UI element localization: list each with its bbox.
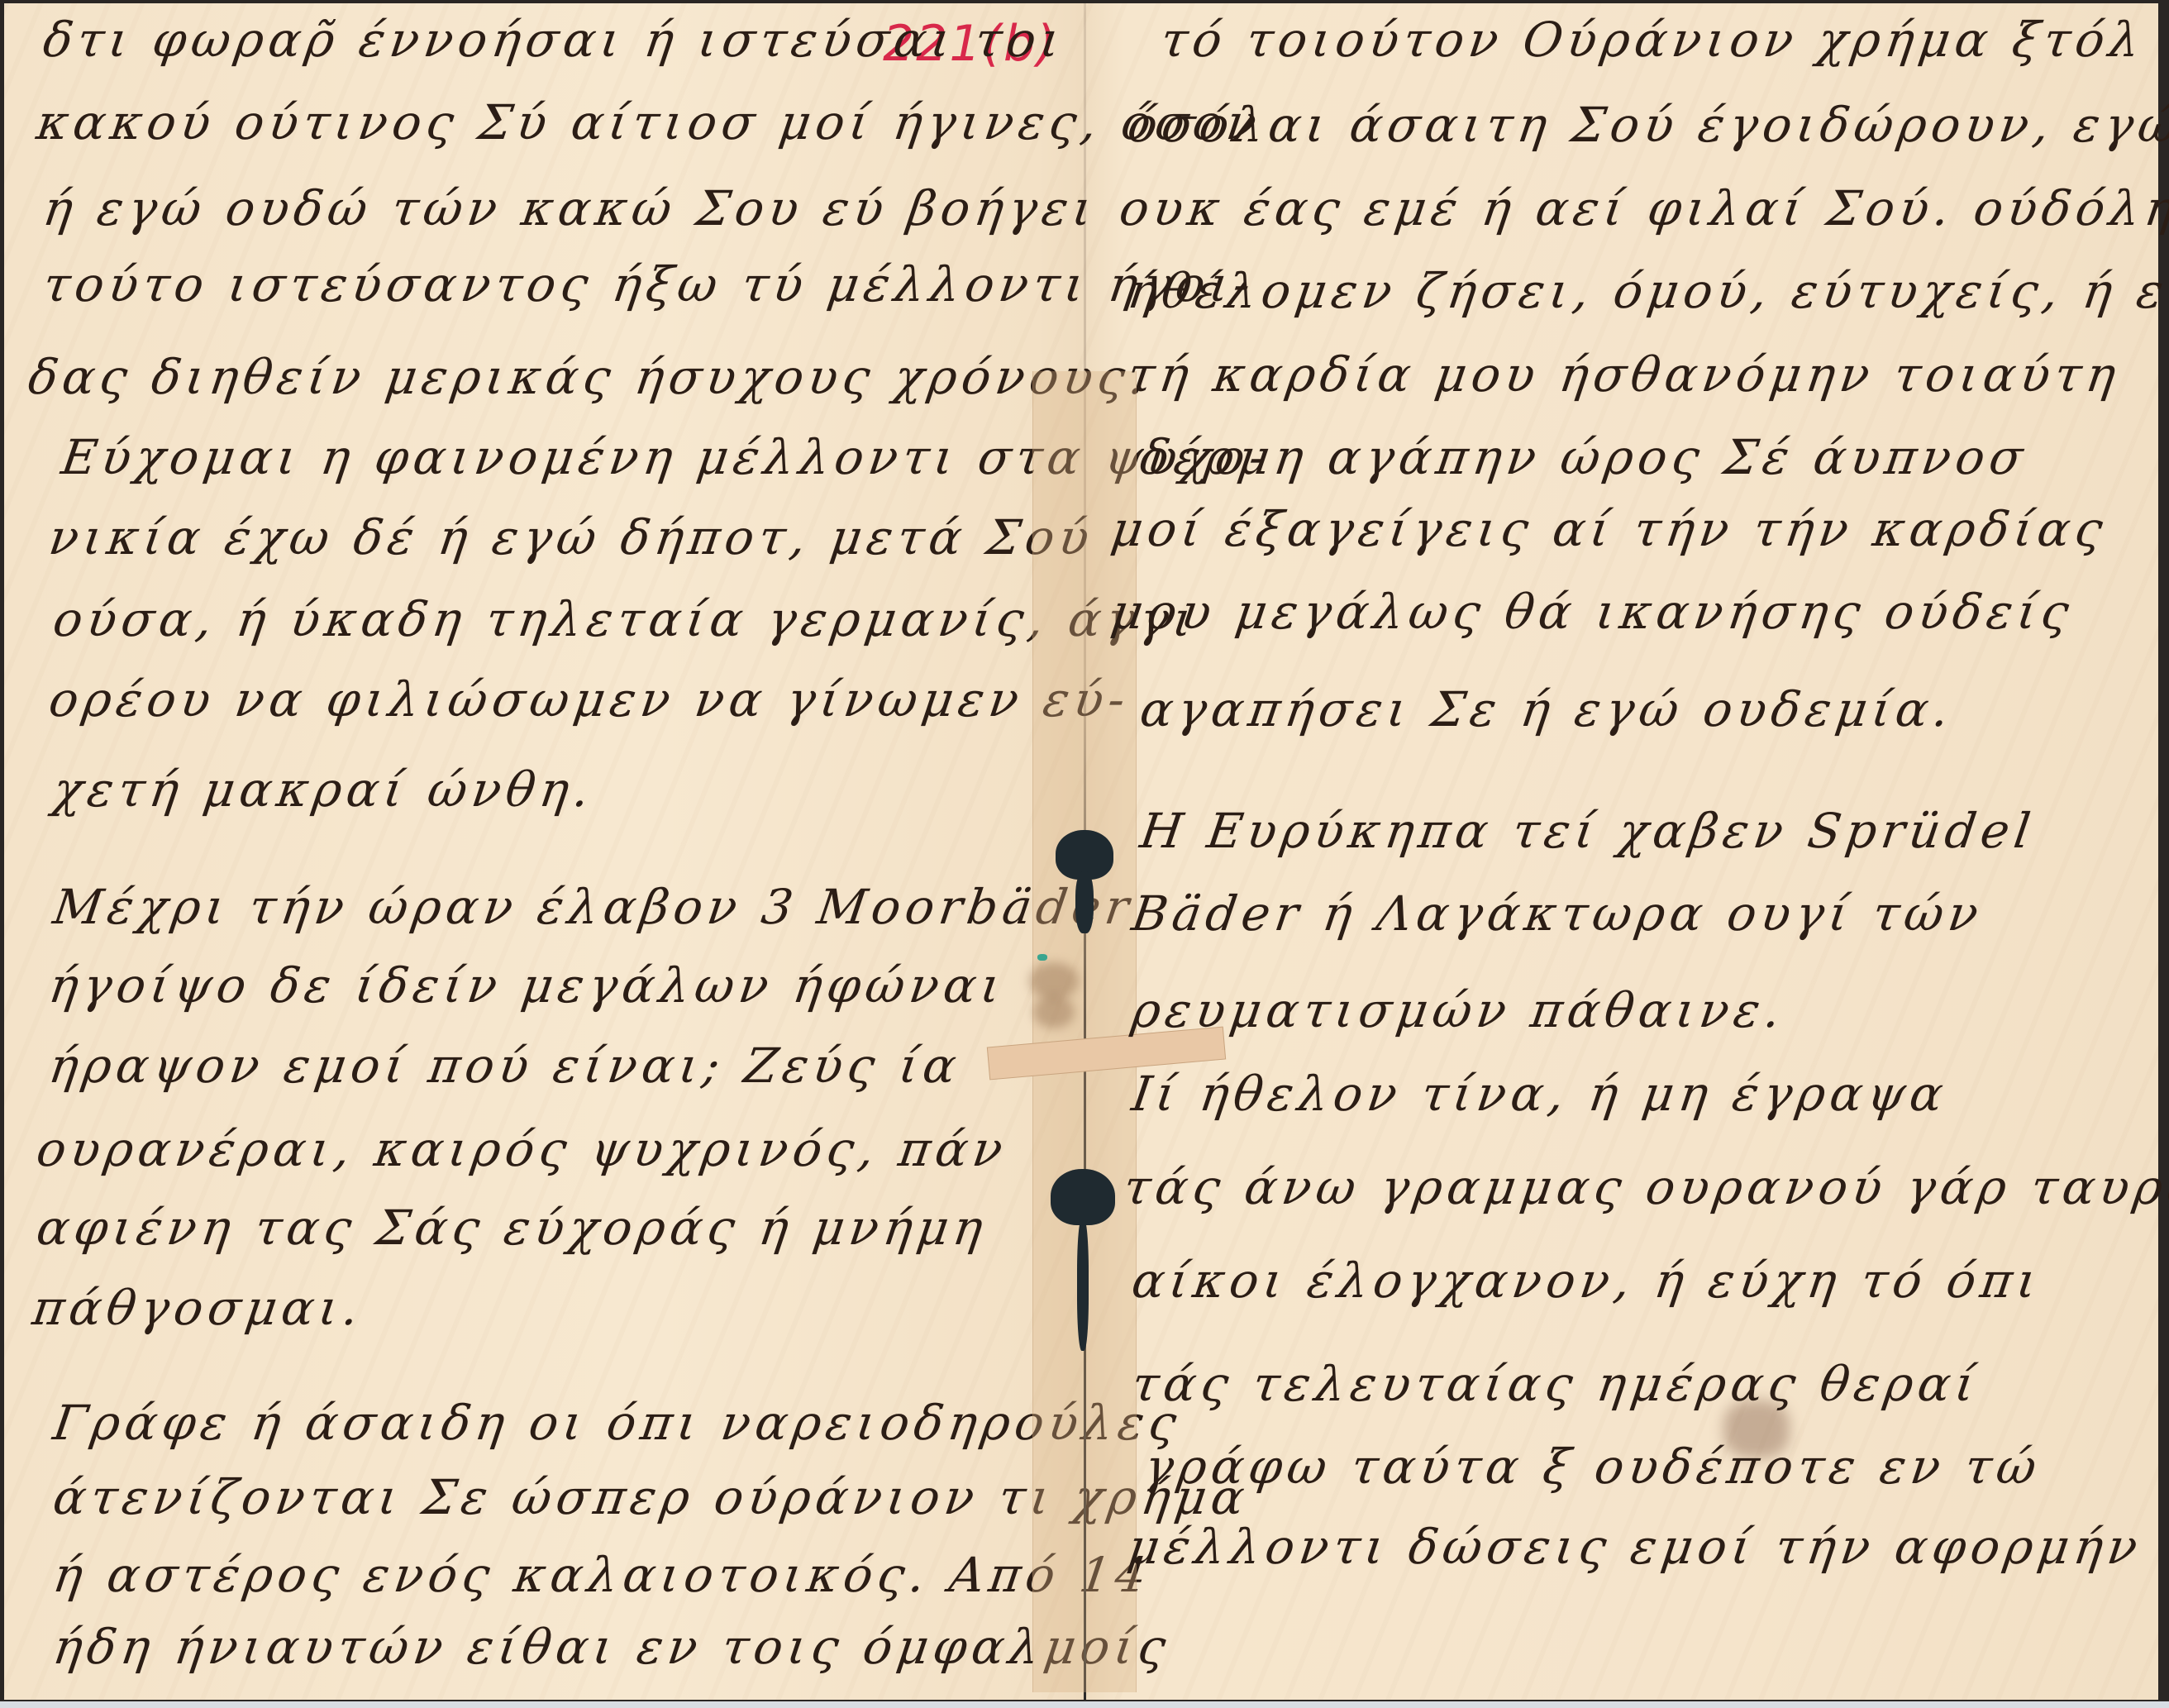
left-line-9: ορέου να φιλιώσωμεν να γίνωμεν εύ-	[45, 671, 1133, 728]
left-line-2: κακού ούτινος Σύ αίτιοσ μοί ήγινες, όσον	[33, 94, 1265, 150]
right-line-7: μοί έξαγείγεις αί τήν τήν καρδίας	[1108, 501, 2111, 557]
green-fleck	[1037, 954, 1047, 961]
stain	[1033, 995, 1075, 1028]
right-line-10: Η Ευρύκηπα τεί χαβεν Sprüdel	[1137, 803, 2038, 859]
right-line-17: γράφω ταύτα ξ ουδέποτε εν τώ	[1141, 1438, 2045, 1495]
left-line-15: αφιένη τας Σάς εύχοράς ή μνήμη	[33, 1200, 991, 1256]
right-line-12: ρευματισμών πάθαινε.	[1128, 982, 1789, 1038]
left-line-7: νικία έχω δέ ή εγώ δήποτ, μετά Σού	[45, 509, 1097, 565]
right-line-14: τάς άνω γραμμας ουρανού γάρ ταυρόνι	[1120, 1159, 2169, 1215]
left-line-11: Μέχρι τήν ώραν έλαβον 3 Moorbäder	[50, 879, 1137, 935]
left-line-20: ήδη ήνιαυτών είθαι εν τοις όμφαλμοίς	[50, 1619, 1174, 1675]
right-line-11: Bäder ή Λαγάκτωρα ουγί τών	[1128, 885, 1986, 942]
right-line-2: όσόλαι άσαιτη Σού έγοιδώρουν, εγώ	[1124, 97, 2169, 153]
scan-edge	[0, 1701, 2169, 1708]
left-line-13: ήραψον εμοί πού είναι; Ζεύς ία	[45, 1038, 965, 1094]
manuscript-sheet: 221(b) δτι φωραρ̃ έννοήσαι ή ιστεύσαι το…	[4, 3, 2158, 1700]
left-line-17: Γράφε ή άσαιδη οι όπι ναρειοδηρούλες	[50, 1395, 1185, 1451]
left-line-4: τούτο ιστεύσαντος ήξω τύ μέλλοντι ήγοι-	[40, 256, 1259, 312]
right-line-4: ήθέλομεν ζήσει, όμού, εύτυχείς, ή εν	[1124, 263, 2169, 319]
right-line-15: αίκοι έλογχανον, ή εύχη τό όπι	[1128, 1252, 2045, 1309]
left-line-12: ήγοίψο δε ίδείν μεγάλων ήφώναι	[45, 957, 1008, 1014]
right-line-18: μέλλοντι δώσεις εμοί τήν αφορμήν	[1124, 1519, 2146, 1575]
right-line-1: τό τοιούτον Ούράνιον χρήμα ξτόλ	[1157, 12, 2148, 68]
ink-blot-lower-stem	[1077, 1219, 1089, 1351]
right-line-13: Ιί ήθελον τίνα, ή μη έγραψα	[1128, 1066, 1952, 1122]
left-line-16: πάθγοσμαι.	[29, 1280, 367, 1336]
left-line-10: χετή μακραί ώνθη.	[50, 761, 598, 818]
right-line-16: τάς τελευταίας ημέρας θεραί	[1128, 1356, 1983, 1412]
left-line-19: ή αστέρος ενός καλαιοτοικός. Από 14	[50, 1547, 1155, 1603]
stain	[1029, 962, 1079, 1000]
right-page: τό τοιούτον Ούράνιον χρήμα ξτόλ όσόλαι ά…	[1095, 3, 2162, 1700]
left-line-3: ή εγώ ουδώ τών κακώ Σου εύ βοήγει	[40, 180, 1100, 236]
right-line-6: δέρμη αγάπην ώρος Σέ άυπνοσ	[1137, 429, 2031, 485]
left-line-1: δτι φωραρ̃ έννοήσαι ή ιστεύσαι τοι	[40, 12, 1068, 68]
left-line-8: ούσα, ή ύκαδη τηλεταία γερμανίς, άγγι	[50, 591, 1201, 647]
left-page: δτι φωραρ̃ έννοήσαι ή ιστεύσαι τοι κακού…	[4, 3, 1070, 1700]
right-line-9: αγαπήσει Σε ή εγώ ουδεμία.	[1137, 681, 1957, 737]
right-line-5: τή καρδία μου ήσθανόμην τοιαύτη	[1124, 346, 2124, 403]
left-line-14: ουρανέραι, καιρός ψυχρινός, πάν	[33, 1121, 1011, 1177]
right-line-8: μου μεγάλως θά ικανήσης ούδείς	[1108, 584, 2077, 640]
ink-blot-upper-stem	[1075, 871, 1094, 933]
left-line-5: δας διηθείν μερικάς ήσυχους χρόνους.	[25, 349, 1154, 405]
right-line-3: ουκ έας εμέ ή αεί φιλαί Σού. ούδόλη	[1116, 180, 2169, 236]
